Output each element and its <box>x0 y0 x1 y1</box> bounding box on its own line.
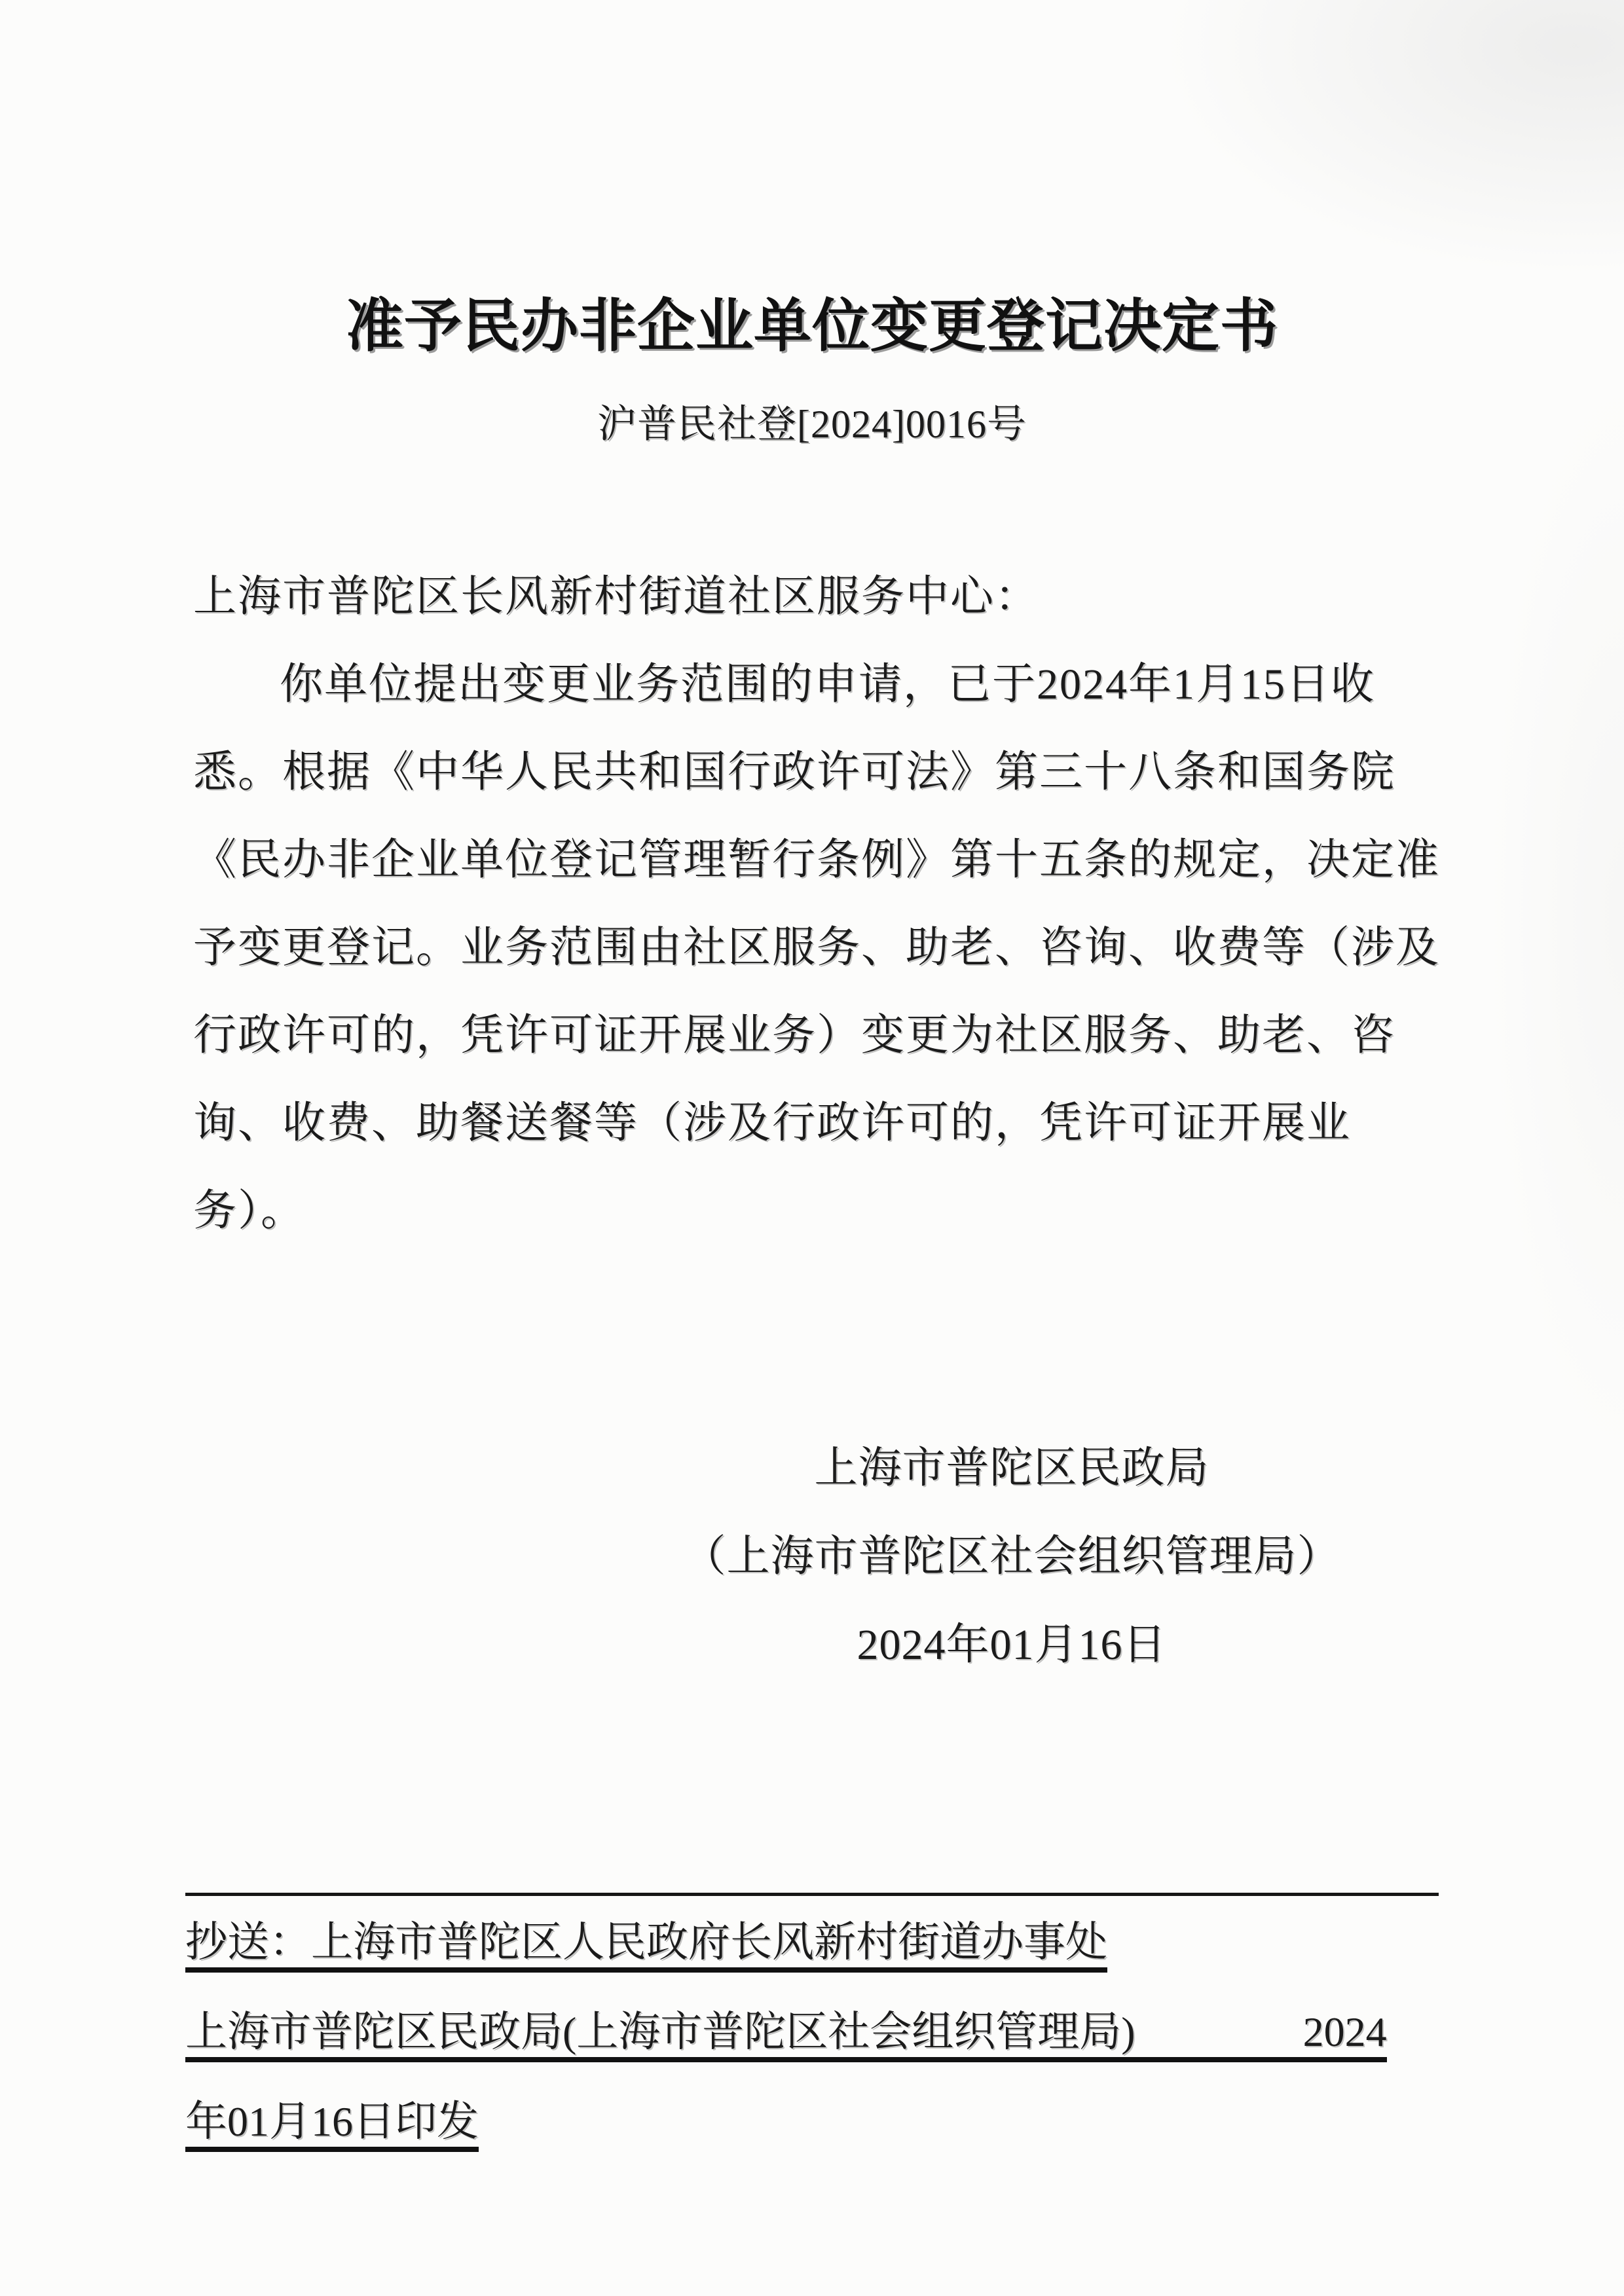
body-line-7: 务）。 <box>193 1167 1431 1255</box>
document-title: 准予民办非企业单位变更登记决定书 <box>0 280 1624 363</box>
print-date-line: 年01月16日印发 <box>185 2098 479 2152</box>
document-page: 准予民办非企业单位变更登记决定书 沪普民社登[2024]0016号 上海市普陀区… <box>0 0 1624 2296</box>
body-line-6: 询、收费、助餐送餐等（涉及行政许可的，凭许可证开展业 <box>193 1080 1431 1167</box>
print-agency-row: 上海市普陀区民政局(上海市普陀区社会组织管理局) 2024 <box>185 2008 1439 2062</box>
body-line-4: 予变更登记。业务范围由社区服务、助老、咨询、收费等（涉及 <box>193 904 1431 992</box>
print-agency-line: 上海市普陀区民政局(上海市普陀区社会组织管理局) 2024 <box>185 2009 1387 2062</box>
issuing-agency: 上海市普陀区民政局 <box>357 1424 1624 1512</box>
colophon-section: 抄送：上海市普陀区人民政府长风新村街道办事处 上海市普陀区民政局(上海市普陀区社… <box>185 1893 1439 2187</box>
signature-block: 上海市普陀区民政局 （上海市普陀区社会组织管理局） 2024年01月16日 <box>357 1424 1624 1689</box>
colophon-top-rule <box>185 1893 1439 1896</box>
body-line-2: 悉。根据《中华人民共和国行政许可法》第三十八条和国务院 <box>193 729 1431 816</box>
body-line-5: 行政许可的，凭许可证开展业务）变更为社区服务、助老、咨 <box>193 992 1431 1080</box>
body-line-3: 《民办非企业单位登记管理暂行条例》第十五条的规定，决定准 <box>193 816 1431 904</box>
issue-date: 2024年01月16日 <box>357 1601 1624 1689</box>
print-date-row: 年01月16日印发 <box>185 2098 1439 2152</box>
cc-row: 抄送：上海市普陀区人民政府长风新村街道办事处 <box>185 1918 1439 1973</box>
issuing-agency-alt: （上海市普陀区社会组织管理局） <box>357 1512 1624 1601</box>
addressee-line: 上海市普陀区长风新村街道社区服务中心： <box>193 553 1431 641</box>
document-body: 上海市普陀区长风新村街道社区服务中心： 你单位提出变更业务范围的申请，已于202… <box>193 553 1431 1255</box>
document-number: 沪普民社登[2024]0016号 <box>0 393 1624 449</box>
body-line-1: 你单位提出变更业务范围的申请，已于2024年1月15日收 <box>193 641 1431 729</box>
cc-line: 抄送：上海市普陀区人民政府长风新村街道办事处 <box>185 1919 1107 1973</box>
